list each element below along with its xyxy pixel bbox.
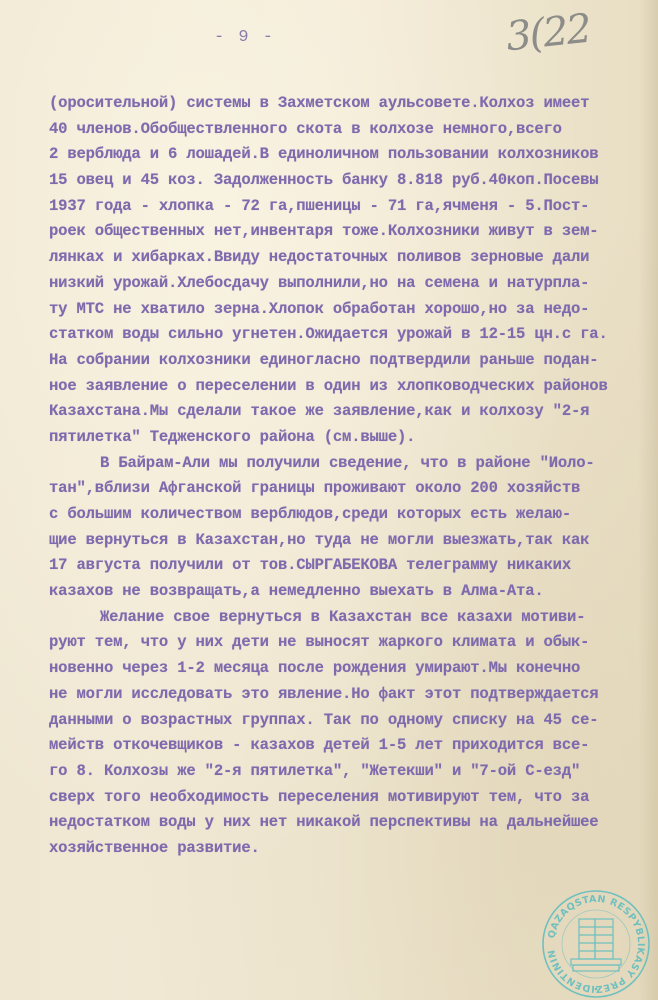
text-line: с большим количеством верблюдов,среди ко…: [49, 502, 649, 528]
text-line: мейств откочевщиков - казахов детей 1-5 …: [49, 733, 649, 759]
text-line: го 8. Колхозы же "2-я пятилетка", "Жетек…: [49, 759, 649, 785]
text-line: не могли исследовать это явление.Но факт…: [49, 682, 649, 708]
text-line: пятилетка" Тедженского района (см.выше).: [49, 425, 649, 451]
text-line: 2 верблюда и 6 лошадей.В единоличном пол…: [49, 142, 649, 168]
text-line: роек общественных нет,инвентаря тоже.Кол…: [49, 219, 649, 245]
text-line: Казахстана.Мы сделали такое же заявление…: [49, 399, 649, 425]
text-line: В Байрам-Али мы получили сведение, что в…: [49, 451, 649, 477]
text-line: 17 августа получили от тов.СЫРГАБЕКОВА т…: [49, 553, 649, 579]
text-line: недостатком воды у них нет никакой персп…: [49, 810, 649, 836]
text-line: На собрании колхозники единогласно подтв…: [49, 348, 649, 374]
document-page: - 9 - 3(22 (оросительной) системы в Захм…: [0, 0, 658, 1000]
page-number: - 9 -: [214, 28, 275, 47]
text-line: сверх того необходимость переселения мот…: [49, 785, 649, 811]
text-line: Желание свое вернуться в Казахстан все к…: [49, 605, 649, 631]
text-line: ту МТС не хватило зерна.Хлопок обработан…: [49, 297, 649, 323]
text-line: руют тем, что у них дети не выносят жарк…: [49, 630, 649, 656]
text-line: низкий урожай.Хлебосдачу выполнили,но на…: [49, 271, 649, 297]
text-line: 40 членов.Обобществленного скота в колхо…: [49, 117, 649, 143]
archive-stamp-icon: QAZAQSTAN RESPYBLIKASY PREZIDENTININ ARH…: [541, 889, 651, 999]
text-line: тан",вблизи Афганской границы проживают …: [49, 476, 649, 502]
text-line: казахов не возвращать,а немедленно выеха…: [49, 579, 649, 605]
text-line: (оросительной) системы в Захметском ауль…: [49, 91, 649, 117]
text-line: данными о возрастных группах. Так по одн…: [49, 708, 649, 734]
text-line: хозяйственное развитие.: [49, 836, 649, 862]
text-line: щие вернуться в Казахстан,но туда не мог…: [49, 528, 649, 554]
text-line: 15 овец и 45 коз. Задолженность банку 8.…: [49, 168, 649, 194]
text-line: новенно через 1-2 месяца после рождения …: [49, 656, 649, 682]
typewritten-body: (оросительной) системы в Захметском ауль…: [49, 91, 649, 862]
text-line: статком воды сильно угнетен.Ожидается ур…: [49, 322, 649, 348]
text-line: ное заявление о переселении в один из хл…: [49, 374, 649, 400]
text-line: 1937 года - хлопка - 72 га,пшеницы - 71 …: [49, 194, 649, 220]
text-line: лянках и хибарках.Ввиду недостаточных по…: [49, 245, 649, 271]
archive-folio-handwritten: 3(22: [504, 6, 592, 61]
